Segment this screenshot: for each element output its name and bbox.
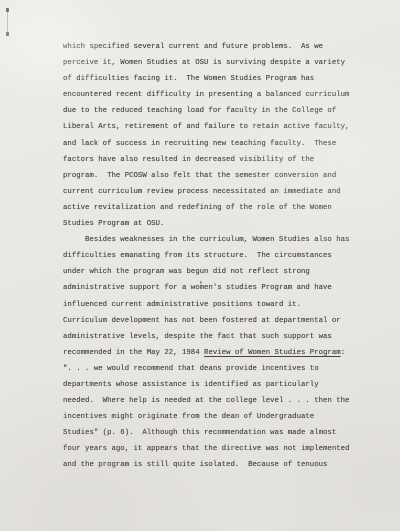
text-line: program. The PCOSW also felt that the se… (63, 168, 363, 184)
text-segment: : (341, 349, 345, 357)
text-segment: four years ago, it appears that the dire… (63, 445, 349, 453)
text-line: which specified several current and futu… (63, 39, 363, 55)
scan-speck (6, 8, 9, 12)
scan-scratch-mark (7, 10, 8, 34)
text-line: incentives might originate from the dean… (63, 409, 363, 425)
scan-speck (6, 32, 9, 36)
text-line: influenced current administrative positi… (63, 297, 363, 313)
text-line: needed. Where help is needed at the coll… (63, 393, 363, 409)
text-segment: administrative levels, despite the fact … (63, 333, 332, 341)
text-line: recommended in the May 22, 1984 Review o… (63, 345, 363, 361)
text-segment: ". . . we would recommend that deans pro… (63, 365, 319, 373)
text-segment: difficulties emanating from its structur… (63, 252, 332, 260)
text-segment: administrative support for a women's stu… (63, 284, 332, 292)
text-segment: which specified several current and futu… (63, 43, 323, 51)
text-line: current curriculum review process necess… (63, 184, 363, 200)
text-segment: Studies Program at OSU. (63, 220, 164, 228)
text-line: administrative support for a women's stu… (63, 280, 363, 296)
text-line: and lack of success in recruiting new te… (63, 136, 363, 152)
scanned-paper-page: which specified several current and futu… (0, 0, 400, 531)
text-line: four years ago, it appears that the dire… (63, 441, 363, 457)
text-line: difficulties emanating from its structur… (63, 248, 363, 264)
text-line: ". . . we would recommend that deans pro… (63, 361, 363, 377)
text-segment: encountered recent difficulty in present… (63, 91, 349, 99)
text-segment: recommended in the May 22, 1984 (63, 349, 204, 357)
typewritten-text: which specified several current and futu… (63, 39, 363, 474)
text-line: Curriculum development has not been fost… (63, 313, 363, 329)
text-segment: Besides weaknesses in the curriculum, Wo… (85, 236, 349, 244)
text-segment: perceive it, Women Studies at OSU is sur… (63, 59, 345, 67)
text-segment: Liberal Arts, retirement of and failure … (63, 123, 349, 131)
text-segment: Curriculum development has not been fost… (63, 317, 341, 325)
text-line: encountered recent difficulty in present… (63, 87, 363, 103)
text-line: administrative levels, despite the fact … (63, 329, 363, 345)
text-line: departments whose assistance is identifi… (63, 377, 363, 393)
text-line: of difficulties facing it. The Women Stu… (63, 71, 363, 87)
text-line: due to the reduced teaching load for fac… (63, 103, 363, 119)
text-line: Liberal Arts, retirement of and failure … (63, 119, 363, 135)
text-line: Studies Program at OSU. (63, 216, 363, 232)
text-segment: influenced current administrative positi… (63, 301, 301, 309)
text-line: active revitalization and redefining of … (63, 200, 363, 216)
text-segment: and the program is still quite isolated.… (63, 461, 327, 469)
text-line: Studies" (p. 6). Although this recommend… (63, 425, 363, 441)
text-segment: due to the reduced teaching load for fac… (63, 107, 336, 115)
text-segment: under which the program was begun did no… (63, 268, 310, 276)
text-line: under which the program was begun did no… (63, 264, 363, 280)
text-segment: and lack of success in recruiting new te… (63, 140, 336, 148)
text-segment: Studies" (p. 6). Although this recommend… (63, 429, 336, 437)
text-segment: departments whose assistance is identifi… (63, 381, 319, 389)
text-segment: program. The PCOSW also felt that the se… (63, 172, 336, 180)
text-line: perceive it, Women Studies at OSU is sur… (63, 55, 363, 71)
text-segment: of difficulties facing it. The Women Stu… (63, 75, 314, 83)
text-segment: active revitalization and redefining of … (63, 204, 332, 212)
underlined-document-title: Review of Women Studies Program (204, 349, 341, 357)
text-segment: current curriculum review process necess… (63, 188, 341, 196)
text-line: and the program is still quite isolated.… (63, 457, 363, 473)
text-segment: needed. Where help is needed at the coll… (63, 397, 349, 405)
text-segment: factors have also resulted in decreased … (63, 156, 314, 164)
text-line: Besides weaknesses in the curriculum, Wo… (63, 232, 363, 248)
text-line: factors have also resulted in decreased … (63, 152, 363, 168)
text-segment: incentives might originate from the dean… (63, 413, 314, 421)
